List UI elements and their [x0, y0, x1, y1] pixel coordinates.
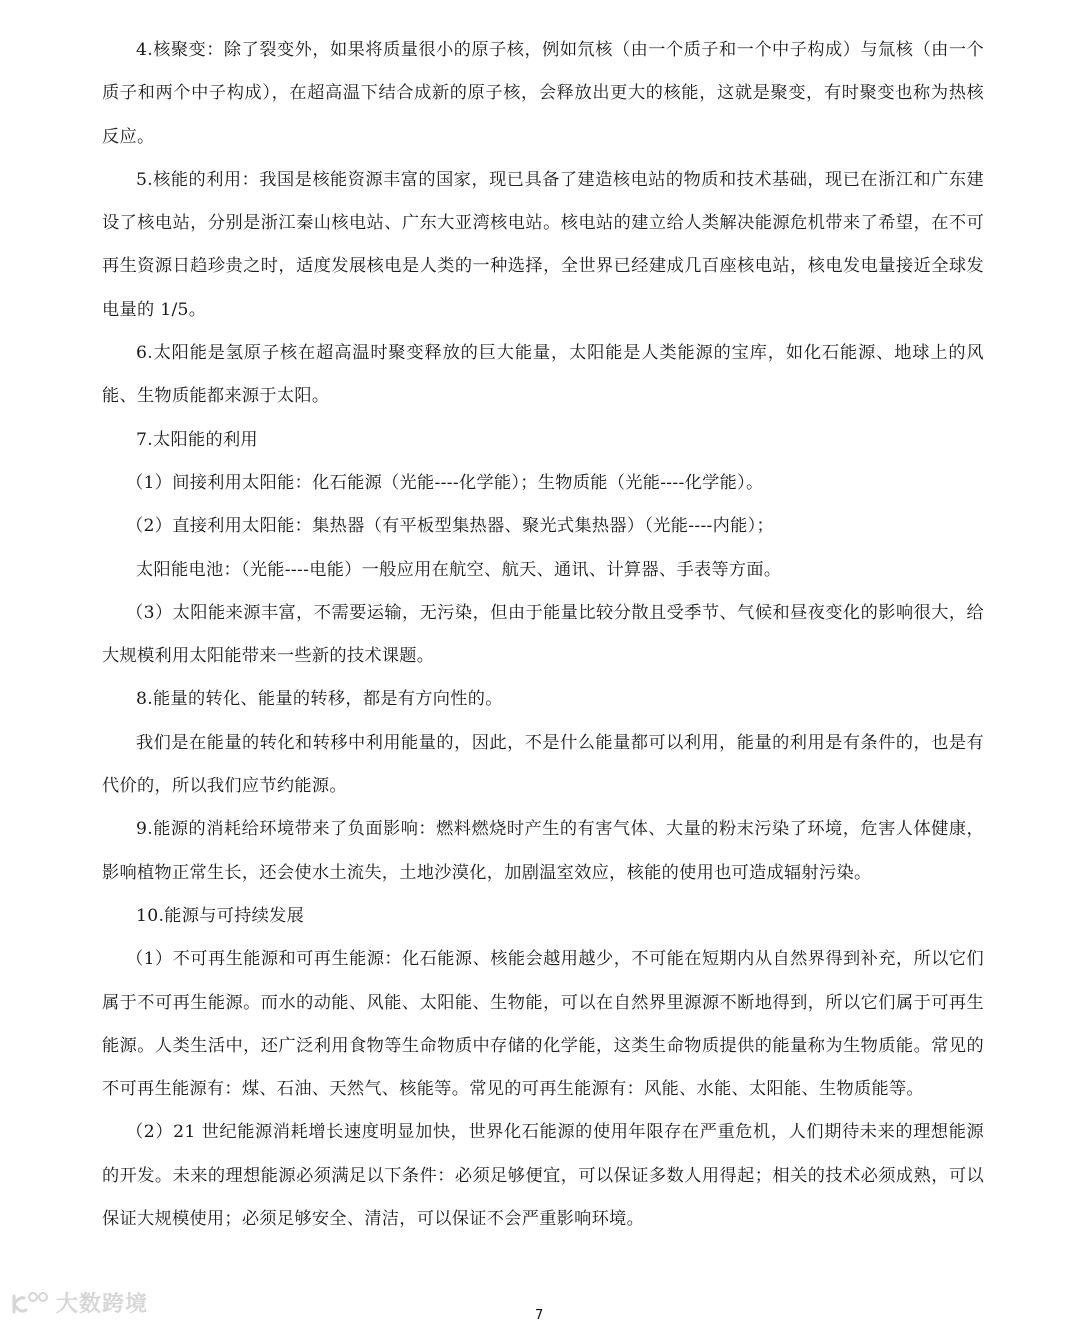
- watermark-text: 大数跨境: [56, 1287, 148, 1318]
- paragraph-nuclear-fusion: 4.核聚变：除了裂变外，如果将质量很小的原子核，例如氘核（由一个质子和一个中子构…: [102, 29, 984, 159]
- paragraph-solar-energy: 6.太阳能是氢原子核在超高温时聚变释放的巨大能量，太阳能是人类能源的宝库，如化石…: [102, 332, 984, 419]
- paragraph-direct-solar: （2）直接利用太阳能：集热器（有平板型集热器、聚光式集热器）（光能----内能）…: [102, 505, 984, 548]
- paragraph-environment-impact: 9.能源的消耗给环境带来了负面影响：燃料燃烧时产生的有害气体、大量的粉末污染了环…: [102, 808, 984, 895]
- paragraph-energy-conservation: 我们是在能量的转化和转移中利用能量的，因此，不是什么能量都可以利用，能量的利用是…: [102, 722, 984, 809]
- heading-sustainable-development: 10.能源与可持续发展: [102, 895, 984, 938]
- paragraph-future-energy: （2）21 世纪能源消耗增长速度明显加快，世界化石能源的使用年限存在严重危机，人…: [102, 1111, 984, 1241]
- watermark: 大数跨境: [10, 1287, 148, 1318]
- brand-logo-icon: [10, 1290, 50, 1316]
- document-page: 4.核聚变：除了裂变外，如果将质量很小的原子核，例如氘核（由一个质子和一个中子构…: [102, 29, 984, 1241]
- page-number: 7: [535, 1308, 543, 1323]
- paragraph-renewable-sources: （1）不可再生能源和可再生能源：化石能源、核能会越用越少，不可能在短期内从自然界…: [102, 938, 984, 1111]
- heading-solar-energy-use: 7.太阳能的利用: [102, 419, 984, 462]
- paragraph-energy-direction: 8.能量的转化、能量的转移，都是有方向性的。: [102, 678, 984, 721]
- paragraph-indirect-solar: （1）间接利用太阳能：化石能源（光能----化学能）；生物质能（光能----化学…: [102, 462, 984, 505]
- paragraph-nuclear-energy-use: 5.核能的利用：我国是核能资源丰富的国家，现已具备了建造核电站的物质和技术基础，…: [102, 159, 984, 332]
- paragraph-solar-cell: 太阳能电池：（光能----电能）一般应用在航空、航天、通讯、计算器、手表等方面。: [102, 549, 984, 592]
- paragraph-solar-pros-cons: （3）太阳能来源丰富，不需要运输，无污染，但由于能量比较分散且受季节、气候和昼夜…: [102, 592, 984, 679]
